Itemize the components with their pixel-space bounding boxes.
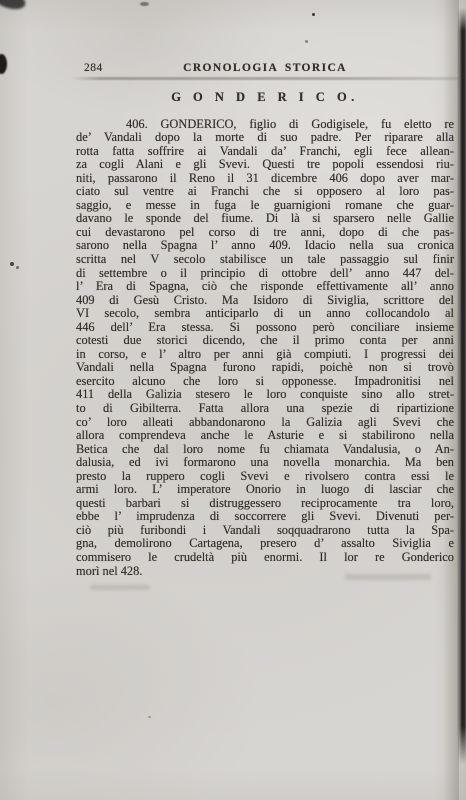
text-line: VI secolo, sembra anticiparlo di un anno… (76, 307, 454, 321)
text-line: 409 di Gesù Cristo. Ma Isidoro di Sivigl… (76, 294, 454, 308)
body-text: 406. GONDERICO, figlio di Godigisele, fu… (76, 118, 454, 579)
text-line: commisero le crudeltà più enormi. Il lor… (76, 551, 454, 565)
text-line: cui devastarono pel corso di tre anni, d… (76, 226, 454, 240)
paper-speck (305, 40, 308, 43)
text-line: ciato sul ventre ai Franchi che si oppos… (76, 185, 454, 199)
text-line: ebbe l’ imprudenza di soccorrere gli Sve… (76, 510, 454, 524)
text-line: davano le sponde del fiume. Di là si spa… (76, 212, 454, 226)
text-line: 411 della Galizia stesero le loro conqui… (76, 388, 454, 402)
text-line: questi barbari si distruggessero recipro… (76, 497, 454, 511)
text-line: rotta fatta soffrire ai Vandali da’ Fran… (76, 145, 454, 159)
text-line: sarono nella Spagna l’ anno 409. Idacio … (76, 239, 454, 253)
text-line: scritta nel V secolo stabilisce un tale … (76, 253, 454, 267)
text-block: 284 CRONOLOGIA STORICA G O N D E R I C O… (76, 58, 454, 578)
paper-speck (312, 13, 315, 16)
scanned-book-page: 284 CRONOLOGIA STORICA G O N D E R I C O… (0, 0, 466, 800)
text-line: allora comprendeva anche le Asturie e si… (76, 429, 454, 443)
text-line: morì nel 428. (76, 565, 454, 579)
paper-speck (10, 262, 14, 266)
text-line: presto la ruppero cogli Svevi e rivolser… (76, 470, 454, 484)
text-line: di settembre o il principio di ottobre d… (76, 267, 454, 281)
scan-ink-blob-left-edge (0, 54, 7, 74)
scan-smudge-top-left (0, 0, 28, 13)
section-heading: G O N D E R I C O. (76, 90, 454, 104)
text-line: ciò più furibondi i Vandali soqquadraron… (76, 524, 454, 538)
text-line: co’ loro alleati abbandonarono la Galizi… (76, 416, 454, 430)
text-line: de’ Vandali dopo la morte di suo padre. … (76, 131, 454, 145)
text-line: Betica che dal loro nome fu chiamata Van… (76, 443, 454, 457)
text-line: niti, passarono il Reno il 31 dicembre 4… (76, 172, 454, 186)
text-line: 446 dell’ Era stessa. Si possono però co… (76, 321, 454, 335)
text-line: dalusia, ed ivi formarono una novella mo… (76, 456, 454, 470)
paper-speck (16, 266, 19, 269)
running-head: CRONOLOGIA STORICA (76, 58, 454, 74)
page-header: 284 CRONOLOGIA STORICA (76, 58, 454, 74)
text-line: gna, demolirono Cartagena, presero d’ as… (76, 537, 454, 551)
paper-speck (140, 2, 149, 6)
text-line: Vandali nella Spagna furono rapidi, poic… (76, 361, 454, 375)
text-line: in corso, e l’ altro per anni già compiu… (76, 348, 454, 362)
show-through-ghost-text (90, 585, 150, 590)
text-line: 406. GONDERICO, figlio di Godigisele, fu… (76, 118, 454, 132)
text-line: l’ Era di Spagna, ciò che risponde effet… (76, 280, 454, 294)
text-line: cotesti due storici dicendo, che il prim… (76, 334, 454, 348)
text-line: to di Gibilterra. Fatta allora una spezi… (76, 402, 454, 416)
page-number: 284 (84, 62, 103, 74)
text-line: esercito alcuno che loro si opponesse. I… (76, 375, 454, 389)
scan-dark-edge-right (457, 8, 466, 764)
text-line: saggio, e messe in fuga le guarnigioni r… (76, 199, 454, 213)
paper-speck (148, 716, 151, 718)
text-line: za cogli Alani e gli Svevi. Questi tre p… (76, 158, 454, 172)
header-rule (72, 77, 461, 80)
text-line: armi loro. L’ imperatore Onorio in luogo… (76, 483, 454, 497)
